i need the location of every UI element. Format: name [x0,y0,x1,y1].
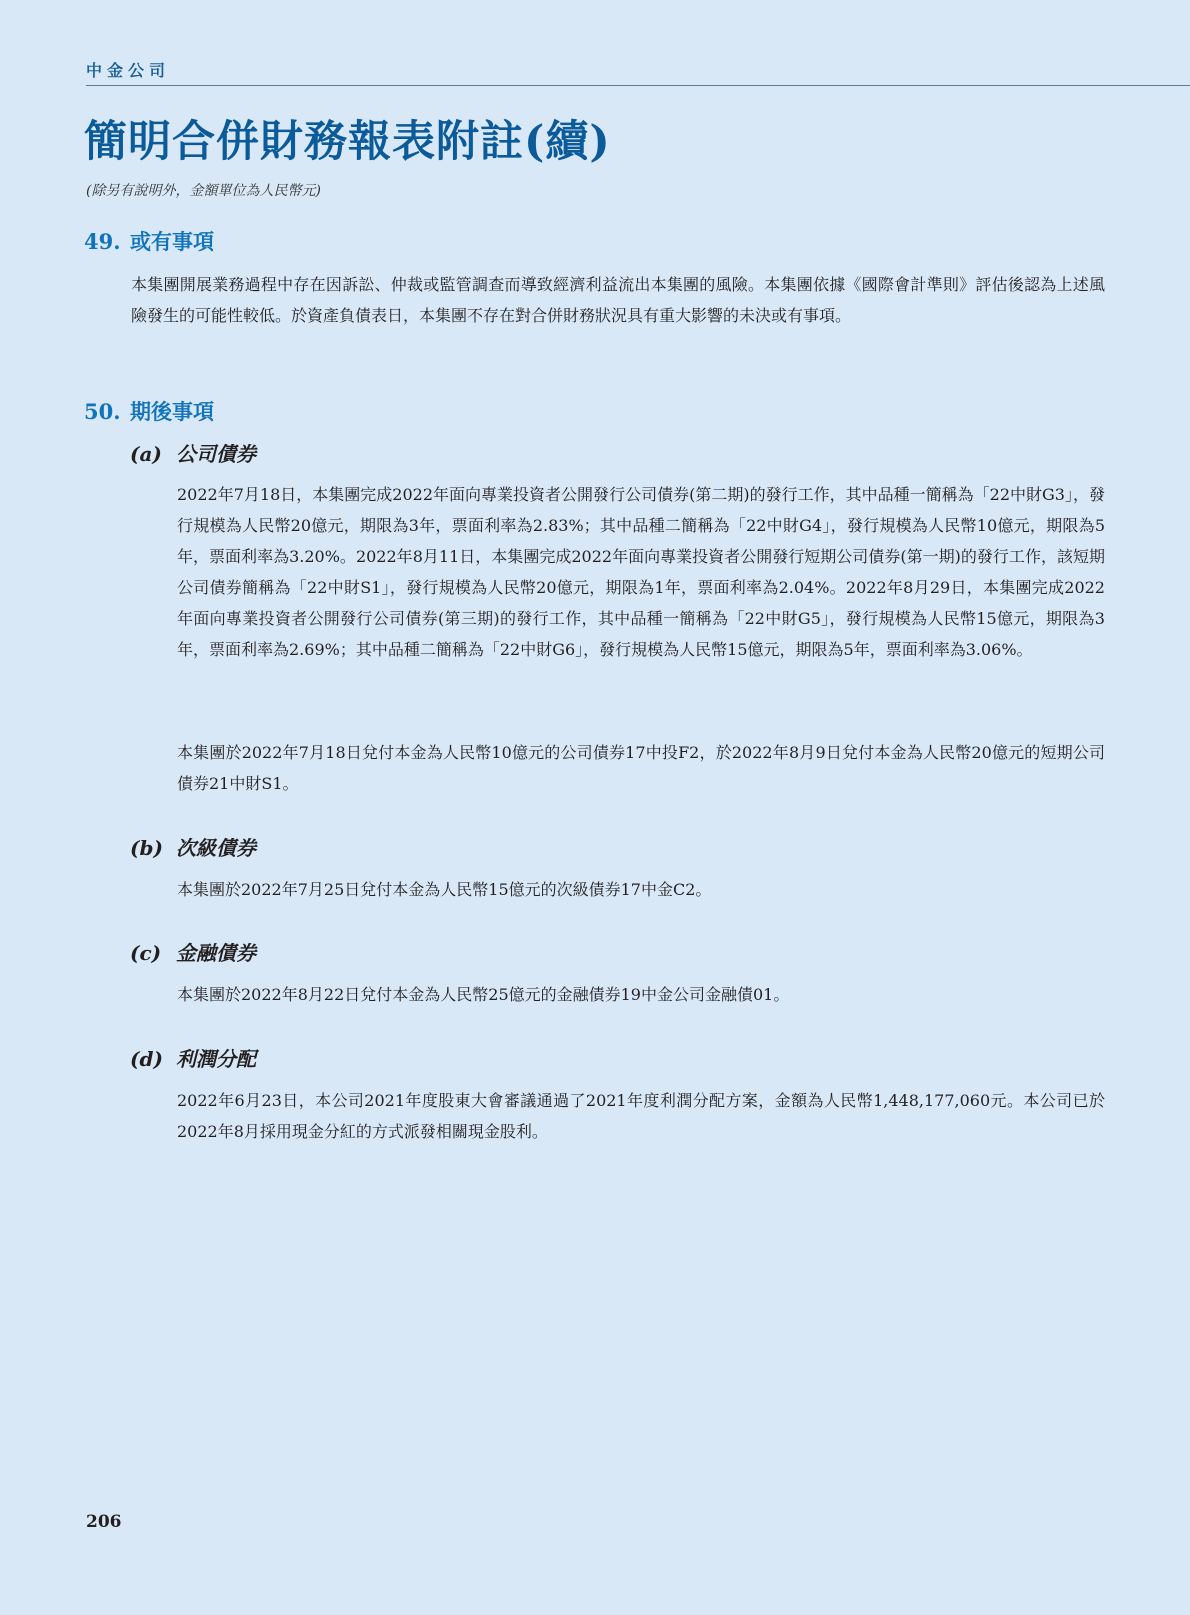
page-number: 206 [86,1512,122,1532]
subsection-title: 次級債券 [176,836,256,860]
section-heading-49: 49.或有事項 [84,226,214,256]
subsection-title: 利潤分配 [176,1047,256,1071]
company-name: 中金公司 [86,58,170,81]
subsection-heading-d: (d)利潤分配 [130,1043,256,1072]
subsection-c-paragraph: 本集團於2022年8月22日兌付本金為人民幣25億元的金融債券19中金公司金融債… [177,979,1105,1010]
subsection-letter: (b) [130,836,176,860]
subsection-heading-c: (c)金融債券 [130,937,256,966]
subsection-a-paragraph-2: 本集團於2022年7月18日兌付本金為人民幣10億元的公司債券17中投F2，於2… [177,737,1105,799]
subsection-heading-a: (a)公司債券 [130,438,256,467]
page-title: 簡明合併財務報表附註(續) [84,108,611,169]
subsection-a-paragraph-1: 2022年7月18日，本集團完成2022年面向專業投資者公開發行公司債券(第二期… [177,479,1105,665]
subsection-b-paragraph: 本集團於2022年7月25日兌付本金為人民幣15億元的次級債券17中金C2。 [177,874,1105,905]
section-title: 期後事項 [130,399,214,424]
subsection-title: 金融債券 [176,941,256,965]
section-49-paragraph: 本集團開展業務過程中存在因訴訟、仲裁或監管調查而導致經濟利益流出本集團的風險。本… [131,269,1105,331]
page-subtitle: (除另有說明外，金額單位為人民幣元) [86,180,321,200]
section-number: 50. [84,399,130,424]
header-divider [86,85,1190,86]
subsection-letter: (d) [130,1047,176,1071]
subsection-title: 公司債券 [176,442,256,466]
section-title: 或有事項 [130,229,214,254]
subsection-letter: (c) [130,941,176,965]
section-heading-50: 50.期後事項 [84,396,214,426]
subsection-d-paragraph: 2022年6月23日，本公司2021年度股東大會審議通過了2021年度利潤分配方… [177,1085,1105,1147]
subsection-heading-b: (b)次級債券 [130,832,256,861]
subsection-letter: (a) [130,442,176,466]
section-number: 49. [84,229,130,254]
